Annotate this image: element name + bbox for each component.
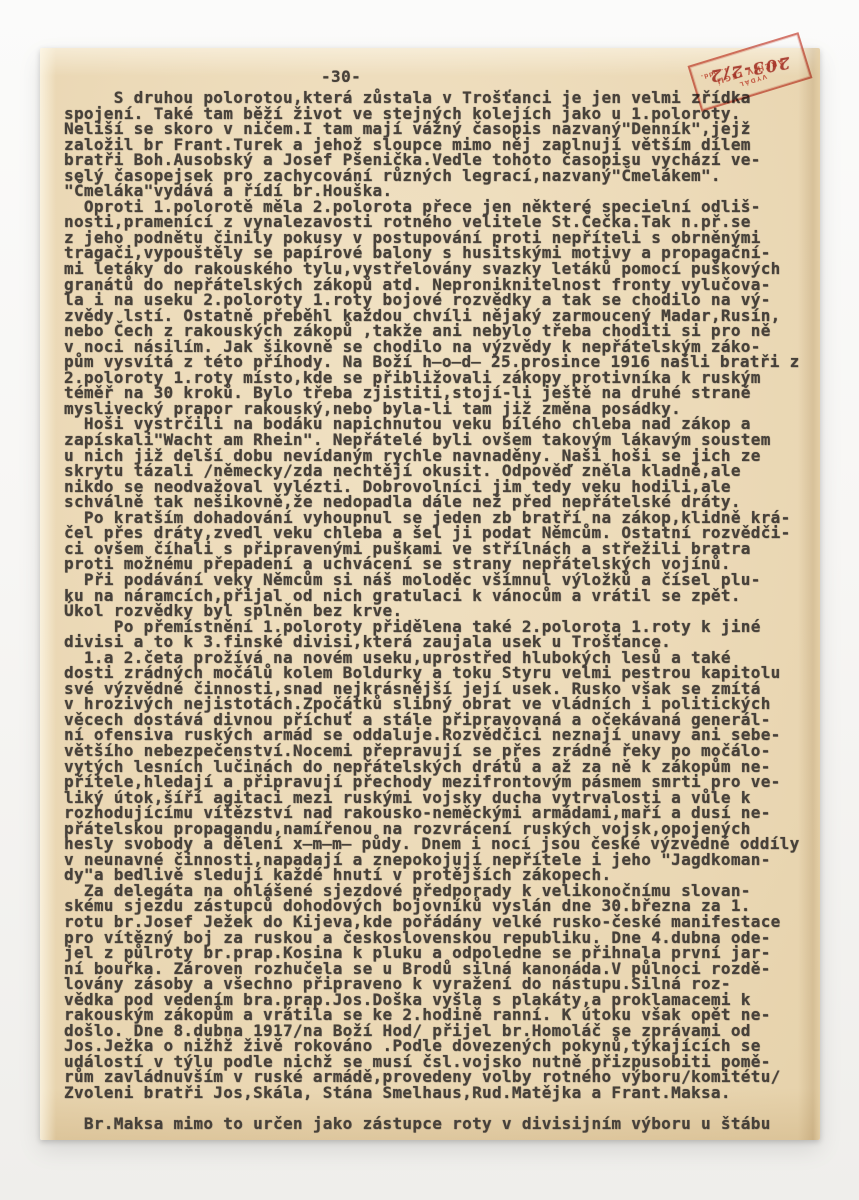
document-page: -30- S druhou polorotou,která zůstala v … (40, 48, 820, 1140)
scan-background: -30- S druhou polorotou,která zůstala v … (0, 0, 859, 1200)
page-number: -30- (321, 69, 361, 85)
typewritten-body: S druhou polorotou,která zůstala v Trošť… (64, 90, 800, 1132)
